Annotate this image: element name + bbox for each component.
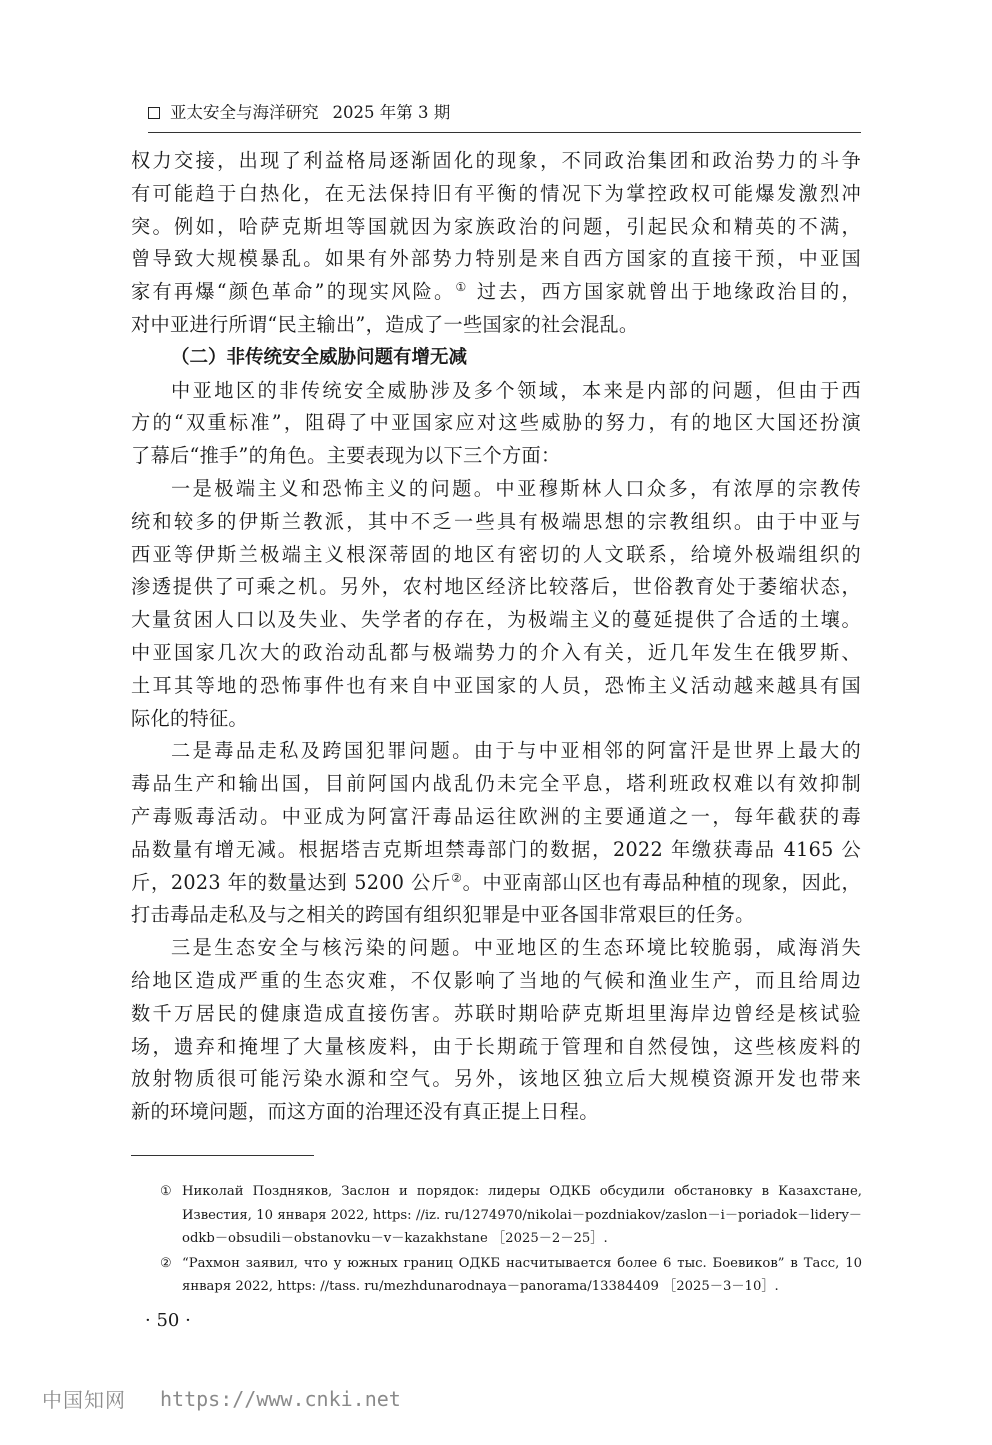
- text-line: 给地区造成严重的生态灾难，不仅影响了当地的气候和渔业生产，而且给周边: [131, 965, 861, 998]
- text-line: 了幕后“推手”的角色。主要表现为以下三个方面：: [131, 440, 861, 473]
- text-line: 品数量有增无减。根据塔吉克斯坦禁毒部门的数据，2022 年缴获毒品 4165 公: [131, 834, 861, 867]
- text-line: 际化的特征。: [131, 703, 861, 736]
- text-line: 对中亚进行所谓“民主输出”，造成了一些国家的社会混乱。: [131, 309, 861, 342]
- text-line: 渗透提供了可乘之机。另外，农村地区经济比较落后，世俗教育处于萎缩状态，: [131, 571, 861, 604]
- text-line: 曾导致大规模暴乱。如果有外部势力特别是来自西方国家的直接干预，中亚国: [131, 243, 861, 276]
- text-line: 统和较多的伊斯兰教派，其中不乏一些具有极端思想的宗教组织。由于中亚与: [131, 506, 861, 539]
- footnotes: ① Николай Поздняков, Заслон и порядок: л…: [160, 1180, 862, 1300]
- text-line: 二是毒品走私及跨国犯罪问题。由于与中亚相邻的阿富汗是世界上最大的: [131, 735, 861, 768]
- square-icon: [148, 107, 160, 119]
- footnote-text: “Рахмон заявил, что у южных границ ОДКБ …: [182, 1252, 862, 1299]
- text-segment: 斤，2023 年的数量达到 5200 公斤: [131, 871, 451, 894]
- text-line: 有可能趋于白热化，在无法保持旧有平衡的情况下为掌控政权可能爆发激烈冲: [131, 178, 861, 211]
- text-line: 放射物质很可能污染水源和空气。另外，该地区独立后大规模资源开发也带来: [131, 1063, 861, 1096]
- text-line: 打击毒品走私及与之相关的跨国有组织犯罪是中亚各国非常艰巨的任务。: [131, 899, 861, 932]
- text-line: 数千万居民的健康造成直接伤害。苏联时期哈萨克斯坦里海岸边曾经是核试验: [131, 998, 861, 1031]
- paragraph-ecology: 三是生态安全与核污染的问题。中亚地区的生态环境比较脆弱，咸海消失 给地区造成严重…: [131, 932, 861, 1129]
- footnote-mark: ②: [160, 1252, 182, 1299]
- text-line: 三是生态安全与核污染的问题。中亚地区的生态环境比较脆弱，咸海消失: [131, 932, 861, 965]
- footnote-ref-1[interactable]: ①: [455, 280, 468, 294]
- footnote-mark: ①: [160, 1180, 182, 1251]
- text-line: 新的环境问题，而这方面的治理还没有真正提上日程。: [131, 1096, 861, 1129]
- paragraph-nontraditional-intro: 中亚地区的非传统安全威胁涉及多个领域，本来是内部的问题，但由于西 方的“双重标准…: [131, 375, 861, 473]
- running-header: 亚太安全与海洋研究 2025 年第 3 期: [148, 101, 861, 133]
- text-line: 产毒贩毒活动。中亚成为阿富汗毒品运往欧洲的主要通道之一，每年截获的毒: [131, 801, 861, 834]
- text-line: 斤，2023 年的数量达到 5200 公斤②。中亚南部山区也有毒品种植的现象，因…: [131, 867, 861, 900]
- watermark-brand: 中国知网: [42, 1384, 126, 1413]
- text-line: 毒品生产和输出国，目前阿国内战乱仍未完全平息，塔利班政权难以有效抑制: [131, 768, 861, 801]
- article-body: 权力交接，出现了利益格局逐渐固化的现象，不同政治集团和政治势力的斗争 有可能趋于…: [131, 145, 861, 1129]
- header-line: 亚太安全与海洋研究 2025 年第 3 期: [148, 101, 861, 125]
- paragraph-extremism: 一是极端主义和恐怖主义的问题。中亚穆斯林人口众多，有浓厚的宗教传 统和较多的伊斯…: [131, 473, 861, 735]
- text-line: 一是极端主义和恐怖主义的问题。中亚穆斯林人口众多，有浓厚的宗教传: [131, 473, 861, 506]
- text-line: 突。例如，哈萨克斯坦等国就因为家族政治的问题，引起民众和精英的不满，: [131, 211, 861, 244]
- footnote-line: “Рахмон заявил, что у южных границ ОДКБ …: [182, 1252, 862, 1276]
- page-number: · 50 ·: [145, 1310, 191, 1331]
- text-segment: 。中亚南部山区也有毒品种植的现象，因此，: [463, 871, 861, 894]
- paragraph-power-transition: 权力交接，出现了利益格局逐渐固化的现象，不同政治集团和政治势力的斗争 有可能趋于…: [131, 145, 861, 342]
- footnote-line[interactable]: Известия, 10 января 2022, https: //iz. r…: [182, 1204, 862, 1228]
- footnote-line[interactable]: января 2022, https: //tass. ru/mezhdunar…: [182, 1275, 862, 1299]
- text-line: 中亚国家几次大的政治动乱都与极端势力的介入有关，近几年发生在俄罗斯、: [131, 637, 861, 670]
- text-line: 土耳其等地的恐怖事件也有来自中亚国家的人员，恐怖主义活动越来越具有国: [131, 670, 861, 703]
- footnote-ref-2[interactable]: ②: [451, 871, 463, 885]
- text-line: 方的“双重标准”，阻碍了中亚国家应对这些威胁的努力，有的地区大国还扮演: [131, 407, 861, 440]
- text-line: 中亚地区的非传统安全威胁涉及多个领域，本来是内部的问题，但由于西: [131, 375, 861, 408]
- footnote-line[interactable]: odkb－obsudili－obstanovku－v－kazakhstane ［…: [182, 1227, 862, 1251]
- text-line: 场，遗弃和掩埋了大量核废料，由于长期疏于管理和自然侵蚀，这些核废料的: [131, 1031, 861, 1064]
- watermark-url[interactable]: https://www.cnki.net: [160, 1387, 401, 1411]
- journal-title: 亚太安全与海洋研究: [170, 101, 319, 125]
- footnote-1: ① Николай Поздняков, Заслон и порядок: л…: [160, 1180, 862, 1251]
- text-segment: 过去，西方国家就曾出于地缘政治目的，: [468, 280, 861, 303]
- text-line: 西亚等伊斯兰极端主义根深蒂固的地区有密切的人文联系，给境外极端组织的: [131, 539, 861, 572]
- footnote-text: Николай Поздняков, Заслон и порядок: лид…: [182, 1180, 862, 1251]
- issue-label: 2025 年第 3 期: [333, 101, 451, 125]
- footnote-2: ② “Рахмон заявил, что у южных границ ОДК…: [160, 1252, 862, 1299]
- paragraph-drug-trafficking: 二是毒品走私及跨国犯罪问题。由于与中亚相邻的阿富汗是世界上最大的 毒品生产和输出…: [131, 735, 861, 932]
- text-line: 大量贫困人口以及失业、失学者的存在，为极端主义的蔓延提供了合适的土壤。: [131, 604, 861, 637]
- cnki-watermark: 中国知网 https://www.cnki.net: [42, 1384, 401, 1413]
- text-segment: 家有再爆“颜色革命”的现实风险。: [131, 280, 455, 303]
- footnote-line: Николай Поздняков, Заслон и порядок: лид…: [182, 1180, 862, 1204]
- section-heading: （二）非传统安全威胁问题有增无减: [131, 342, 861, 375]
- footnote-divider: [131, 1155, 314, 1156]
- text-line: 权力交接，出现了利益格局逐渐固化的现象，不同政治集团和政治势力的斗争: [131, 145, 861, 178]
- text-line: 家有再爆“颜色革命”的现实风险。① 过去，西方国家就曾出于地缘政治目的，: [131, 276, 861, 309]
